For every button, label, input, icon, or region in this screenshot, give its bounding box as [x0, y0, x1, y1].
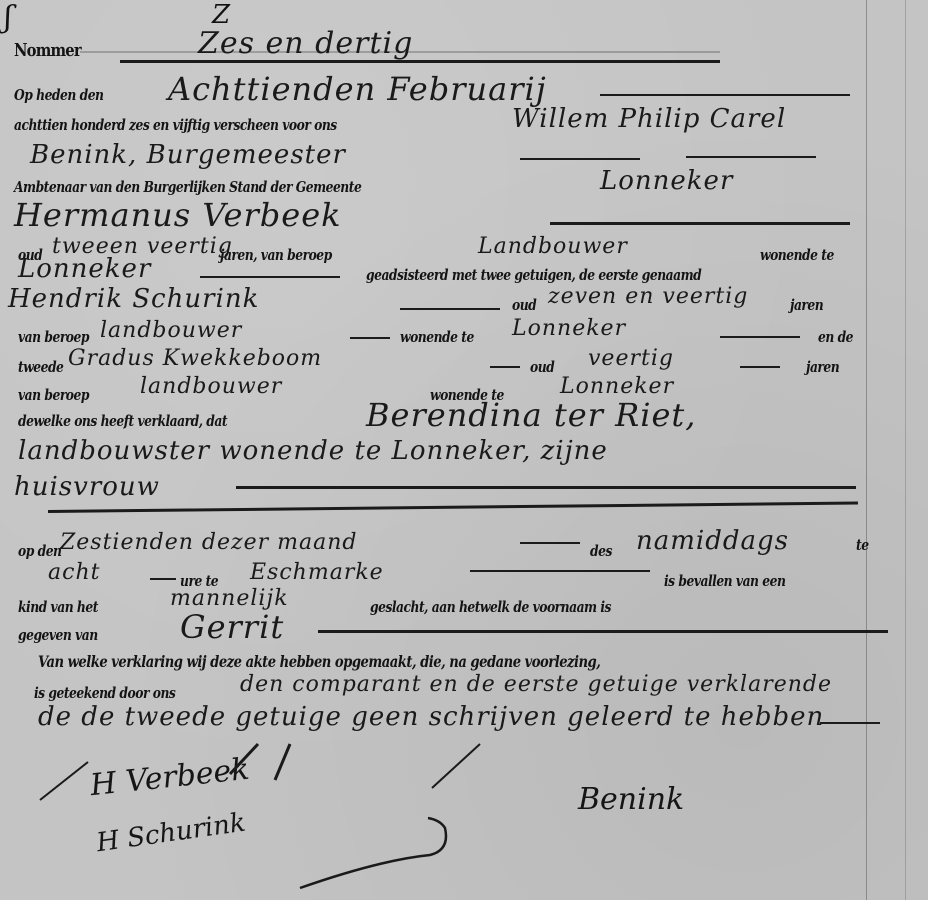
printed-text: Op heden den: [14, 86, 103, 104]
birth-place-handwritten: Eschmarke: [250, 560, 384, 585]
printed-text: Van welke verklaring wij deze akte hebbe…: [38, 652, 600, 671]
number-value: Zes en dertig: [198, 26, 413, 61]
number-underline: [120, 60, 720, 63]
signature-flourish-strokes: [0, 740, 928, 900]
printed-text: jaren: [790, 296, 823, 314]
closing-line-3: de de tweede getuige geen schrijven gele…: [0, 702, 928, 742]
printed-text: dewelke ons heeft verklaard, dat: [18, 412, 227, 430]
printed-text: oud: [512, 296, 536, 314]
number-line: Nommer Zes en dertig: [0, 30, 928, 70]
underline: [318, 630, 888, 633]
underline: [550, 222, 850, 225]
underline: [200, 276, 340, 278]
underline: [740, 366, 780, 368]
second-witness-name-handwritten: Gradus Kwekkeboom: [68, 346, 322, 371]
underline: [236, 486, 856, 489]
first-witness-age-handwritten: zeven en veertig: [548, 284, 748, 309]
underline: [150, 578, 176, 580]
first-witness-name-handwritten: Hendrik Schurink: [8, 284, 259, 314]
printed-text: is geteekend door ons: [34, 684, 175, 702]
underline: [686, 156, 816, 158]
printed-text: te: [856, 536, 869, 554]
mother-details-handwritten: landbouwster wonende te Lonneker, zijne: [18, 436, 608, 466]
underline: [820, 722, 880, 724]
underline: [520, 542, 580, 544]
number-label: Nommer: [14, 40, 81, 61]
printed-text: wonende te: [400, 328, 474, 346]
underline: [490, 366, 520, 368]
underline: [350, 337, 390, 339]
underline: [400, 308, 500, 310]
signing-statement-handwritten: den comparant en de eerste getuige verkl…: [240, 672, 832, 697]
residence-handwritten: Lonneker: [18, 254, 151, 284]
printed-text: geadsisteerd met twee getuigen, de eerst…: [366, 266, 701, 284]
underline: [470, 570, 650, 572]
declarant-line: Hermanus Verbeek: [0, 196, 928, 236]
official-name-handwritten: Willem Philip Carel: [512, 104, 786, 134]
printed-text: en de: [818, 328, 853, 346]
municipality-handwritten: Lonneker: [600, 166, 733, 196]
relation-handwritten: huisvrouw: [14, 472, 160, 502]
printed-text: achttien honderd zes en vijftig verschee…: [14, 116, 337, 134]
time-of-day-handwritten: namiddags: [636, 526, 789, 556]
printed-text: des: [590, 542, 612, 560]
second-witness-occupation-handwritten: landbouwer: [140, 374, 282, 399]
second-witness-age-handwritten: veertig: [588, 346, 674, 371]
date-underline: [600, 94, 850, 96]
printed-text: van beroep: [18, 328, 89, 346]
printed-text: Ambtenaar van den Burgerlijken Stand der…: [14, 178, 361, 196]
underline: [520, 158, 640, 160]
number-guide: [80, 51, 720, 53]
mother-name-handwritten: Berendina ter Riet,: [366, 396, 696, 434]
mother-details-line: landbouwster wonende te Lonneker, zijne: [0, 436, 928, 476]
date-handwritten: Achttienden Februarij: [168, 70, 547, 108]
birth-hour-handwritten: acht: [48, 560, 100, 585]
year-official-line: achttien honderd zes en vijftig verschee…: [0, 104, 928, 144]
underline: [720, 336, 800, 338]
first-witness-residence-handwritten: Lonneker: [512, 316, 626, 341]
illiterate-witness-statement-handwritten: de de tweede getuige geen schrijven gele…: [38, 702, 824, 732]
birth-day-handwritten: Zestienden dezer maand: [60, 530, 358, 555]
declarant-name-handwritten: Hermanus Verbeek: [14, 196, 342, 234]
first-witness-occupation-handwritten: landbouwer: [100, 318, 242, 343]
printed-text: op den: [18, 542, 62, 560]
mother-line: dewelke ons heeft verklaard, dat Berendi…: [0, 398, 928, 438]
child-name-handwritten: Gerrit: [180, 608, 284, 646]
